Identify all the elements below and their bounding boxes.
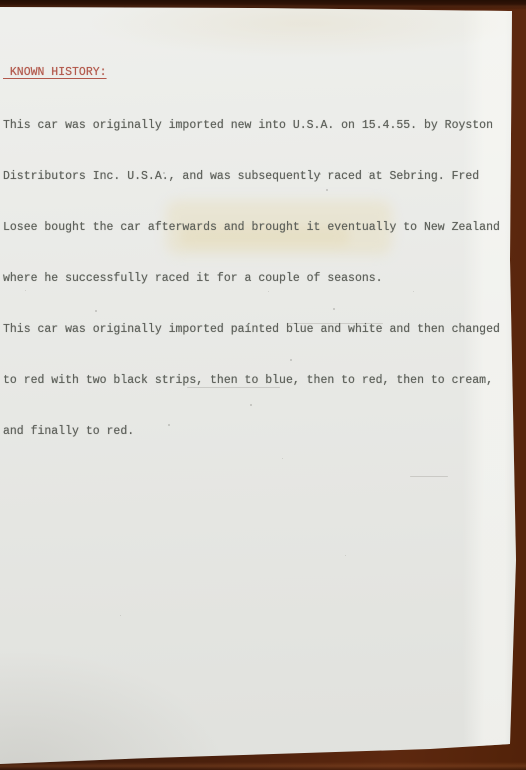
typed-line-1: This car was originally imported new int… xyxy=(3,117,523,134)
photo-background-table: KNOWN HISTORY: This car was originally i… xyxy=(0,0,526,770)
paper-speck xyxy=(120,615,121,616)
typed-line-6: to red with two black strips, then to bl… xyxy=(3,372,523,389)
typed-line-7: and finally to red. xyxy=(3,423,523,440)
typed-line-2: Distributors Inc. U.S.A., and was subseq… xyxy=(3,168,523,185)
paper-sheet: KNOWN HISTORY: This car was originally i… xyxy=(0,0,526,770)
typed-line-3: Losee bought the car afterwards and brou… xyxy=(3,219,523,236)
typed-text-block: KNOWN HISTORY: This car was originally i… xyxy=(3,30,523,474)
paper-scratch xyxy=(410,476,448,477)
document-heading: KNOWN HISTORY: xyxy=(3,64,523,81)
paper-speck xyxy=(345,555,346,556)
typed-line-4: where he successfully raced it for a cou… xyxy=(3,270,523,287)
typed-line-5: This car was originally imported paínted… xyxy=(3,321,523,338)
